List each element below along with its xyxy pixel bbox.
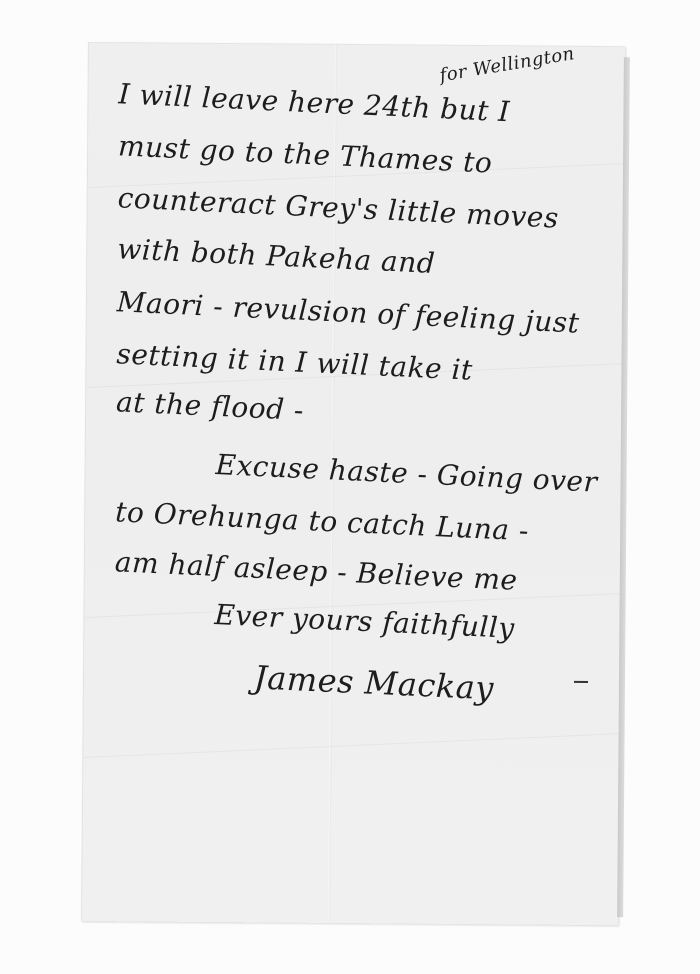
signature-dash: [574, 681, 588, 683]
letter-line-8: Excuse haste - Going over: [215, 448, 598, 499]
letter-line-9: to Orehunga to catch Luna -: [115, 495, 530, 547]
interlinear-insertion: for Wellington: [438, 43, 576, 86]
letter-line-1: I will leave here 24th but I: [118, 77, 511, 128]
letter-line-5: Maori - revulsion of feeling just: [116, 285, 580, 339]
letter-line-4: with both Pakeha and: [117, 232, 436, 280]
closing-line: Ever yours faithfully: [214, 598, 516, 645]
letter-body: for Wellington I will leave here 24th bu…: [119, 77, 619, 81]
letter-line-3: counteract Grey's little moves: [117, 181, 560, 234]
letter-line-7: at the flood -: [115, 385, 304, 427]
scan-background: for Wellington I will leave here 24th bu…: [0, 0, 700, 974]
letter-line-10: am half asleep - Believe me: [114, 545, 518, 597]
letter-line-2: must go to the Thames to: [117, 129, 493, 179]
letter-sheet: for Wellington I will leave here 24th bu…: [81, 42, 625, 925]
letter-line-6: setting it in I will take it: [116, 337, 474, 386]
paper-edge-shadow: [617, 57, 630, 917]
signature: James Mackay: [253, 658, 495, 707]
faint-ruled-line: [84, 733, 620, 758]
